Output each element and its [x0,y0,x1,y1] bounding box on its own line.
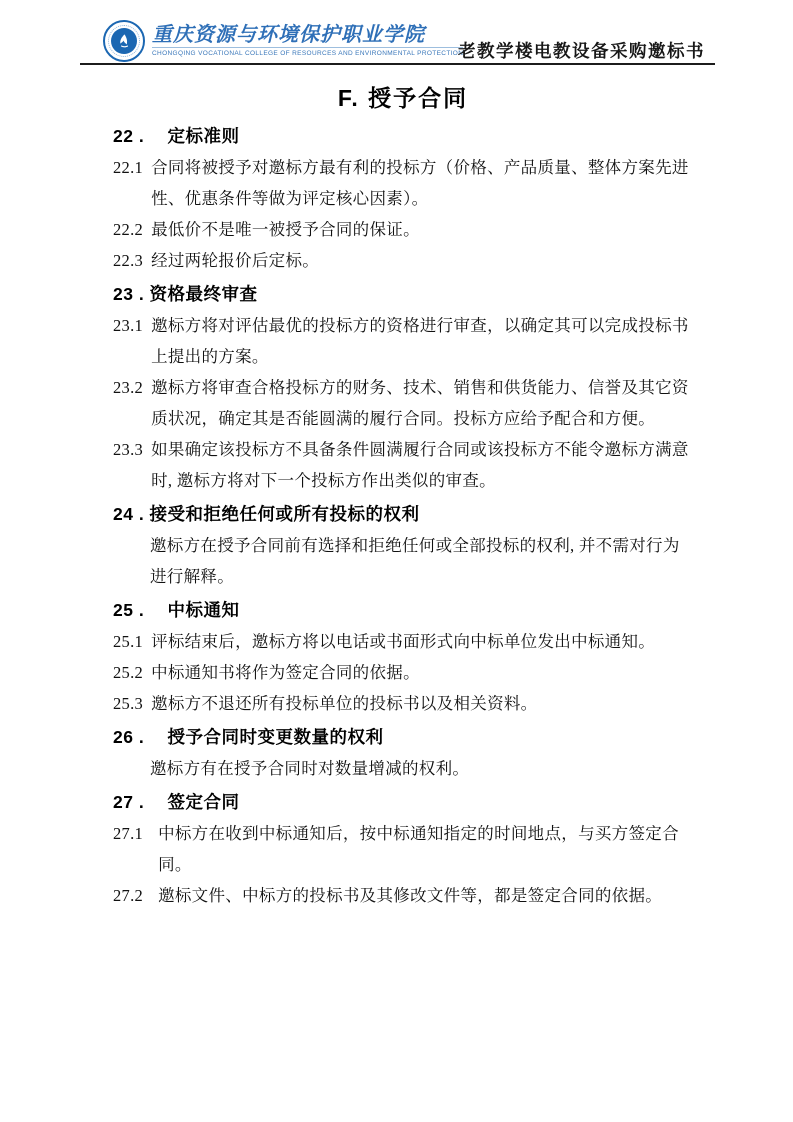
clause-number: 22.3 [113,245,143,276]
clause-number: 23.1 [113,310,143,372]
section-heading: 23 . 资格最终审查 [113,281,693,307]
clause-25-3: 25.3 邀标方不退还所有投标单位的投标书以及相关资料。 [113,688,693,719]
section-26: 26 . 授予合同时变更数量的权利 邀标方有在授予合同时对数量增减的权利。 [113,724,693,784]
clause-22-3: 22.3 经过两轮报价后定标。 [113,245,693,276]
section-paragraph: 邀标方在授予合同前有选择和拒绝任何或全部投标的权利, 并不需对行为进行解释。 [113,530,693,592]
clause-text: 邀标文件、中标方的投标书及其修改文件等，都是签定合同的依据。 [158,880,693,911]
clause-25-1: 25.1 评标结束后，邀标方将以电话或书面形式向中标单位发出中标通知。 [113,626,693,657]
section-23: 23 . 资格最终审查 23.1 邀标方将对评估最优的投标方的资格进行审查，以确… [113,281,693,496]
document-body: F. 授予合同 22 . 定标准则 22.1 合同将被授予对邀标方最有利的投标方… [113,80,693,911]
section-27: 27 . 签定合同 27.1 中标方在收到中标通知后，按中标通知指定的时间地点，… [113,789,693,911]
clause-23-1: 23.1 邀标方将对评估最优的投标方的资格进行审查，以确定其可以完成投标书上提出… [113,310,693,372]
college-name-block: 重庆资源与环境保护职业学院 CHONGQING VOCATIONAL COLLE… [152,20,463,58]
clause-text: 中标通知书将作为签定合同的依据。 [151,657,693,688]
section-22: 22 . 定标准则 22.1 合同将被授予对邀标方最有利的投标方（价格、产品质量… [113,123,693,276]
clause-22-2: 22.2 最低价不是唯一被授予合同的保证。 [113,214,693,245]
clause-text: 经过两轮报价后定标。 [151,245,693,276]
clause-number: 27.1 [113,818,143,880]
section-heading: 27 . 签定合同 [113,789,693,815]
clause-text: 邀标方不退还所有投标单位的投标书以及相关资料。 [151,688,693,719]
page-title: F. 授予合同 [113,80,693,113]
clause-number: 22.1 [113,152,143,214]
college-logo: 重庆资源与环境保护职业学院 CHONGQING VOCATIONAL COLLE… [103,20,463,62]
clause-25-2: 25.2 中标通知书将作为签定合同的依据。 [113,657,693,688]
clause-text: 中标方在收到中标通知后，按中标通知指定的时间地点，与买方签定合同。 [158,818,693,880]
college-name-cn: 重庆资源与环境保护职业学院 [152,21,463,47]
document-page: 重庆资源与环境保护职业学院 CHONGQING VOCATIONAL COLLE… [0,0,793,1122]
clause-number: 25.3 [113,688,143,719]
clause-number: 23.2 [113,372,143,434]
section-heading: 24 . 接受和拒绝任何或所有投标的权利 [113,501,693,527]
clause-number: 25.2 [113,657,143,688]
clause-22-1: 22.1 合同将被授予对邀标方最有利的投标方（价格、产品质量、整体方案先进性、优… [113,152,693,214]
clause-number: 25.1 [113,626,143,657]
header-doc-title: 老教学楼电教设备采购邀标书 [458,38,705,63]
section-paragraph: 邀标方有在授予合同时对数量增减的权利。 [113,753,693,784]
section-24: 24 . 接受和拒绝任何或所有投标的权利 邀标方在授予合同前有选择和拒绝任何或全… [113,501,693,592]
clause-number: 23.3 [113,434,143,496]
college-seal-icon [103,20,145,62]
page-header: 重庆资源与环境保护职业学院 CHONGQING VOCATIONAL COLLE… [80,18,715,65]
clause-23-2: 23.2 邀标方将审查合格投标方的财务、技术、销售和供货能力、信誉及其它资质状况… [113,372,693,434]
section-heading: 25 . 中标通知 [113,597,693,623]
clause-text: 最低价不是唯一被授予合同的保证。 [151,214,693,245]
college-emblem-icon [111,28,137,54]
clause-27-2: 27.2 邀标文件、中标方的投标书及其修改文件等，都是签定合同的依据。 [113,880,693,911]
section-heading: 22 . 定标准则 [113,123,693,149]
clause-23-3: 23.3 如果确定该投标方不具备条件圆满履行合同或该投标方不能令邀标方满意时, … [113,434,693,496]
clause-number: 22.2 [113,214,143,245]
clause-text: 邀标方将审查合格投标方的财务、技术、销售和供货能力、信誉及其它资质状况，确定其是… [151,372,693,434]
section-25: 25 . 中标通知 25.1 评标结束后，邀标方将以电话或书面形式向中标单位发出… [113,597,693,719]
clause-text: 邀标方将对评估最优的投标方的资格进行审查，以确定其可以完成投标书上提出的方案。 [151,310,693,372]
section-heading: 26 . 授予合同时变更数量的权利 [113,724,693,750]
clause-27-1: 27.1 中标方在收到中标通知后，按中标通知指定的时间地点，与买方签定合同。 [113,818,693,880]
clause-text: 合同将被授予对邀标方最有利的投标方（价格、产品质量、整体方案先进性、优惠条件等做… [151,152,693,214]
college-name-en: CHONGQING VOCATIONAL COLLEGE OF RESOURCE… [152,47,463,58]
clause-text: 如果确定该投标方不具备条件圆满履行合同或该投标方不能令邀标方满意时, 邀标方将对… [151,434,693,496]
clause-text: 评标结束后，邀标方将以电话或书面形式向中标单位发出中标通知。 [151,626,693,657]
clause-number: 27.2 [113,880,143,911]
